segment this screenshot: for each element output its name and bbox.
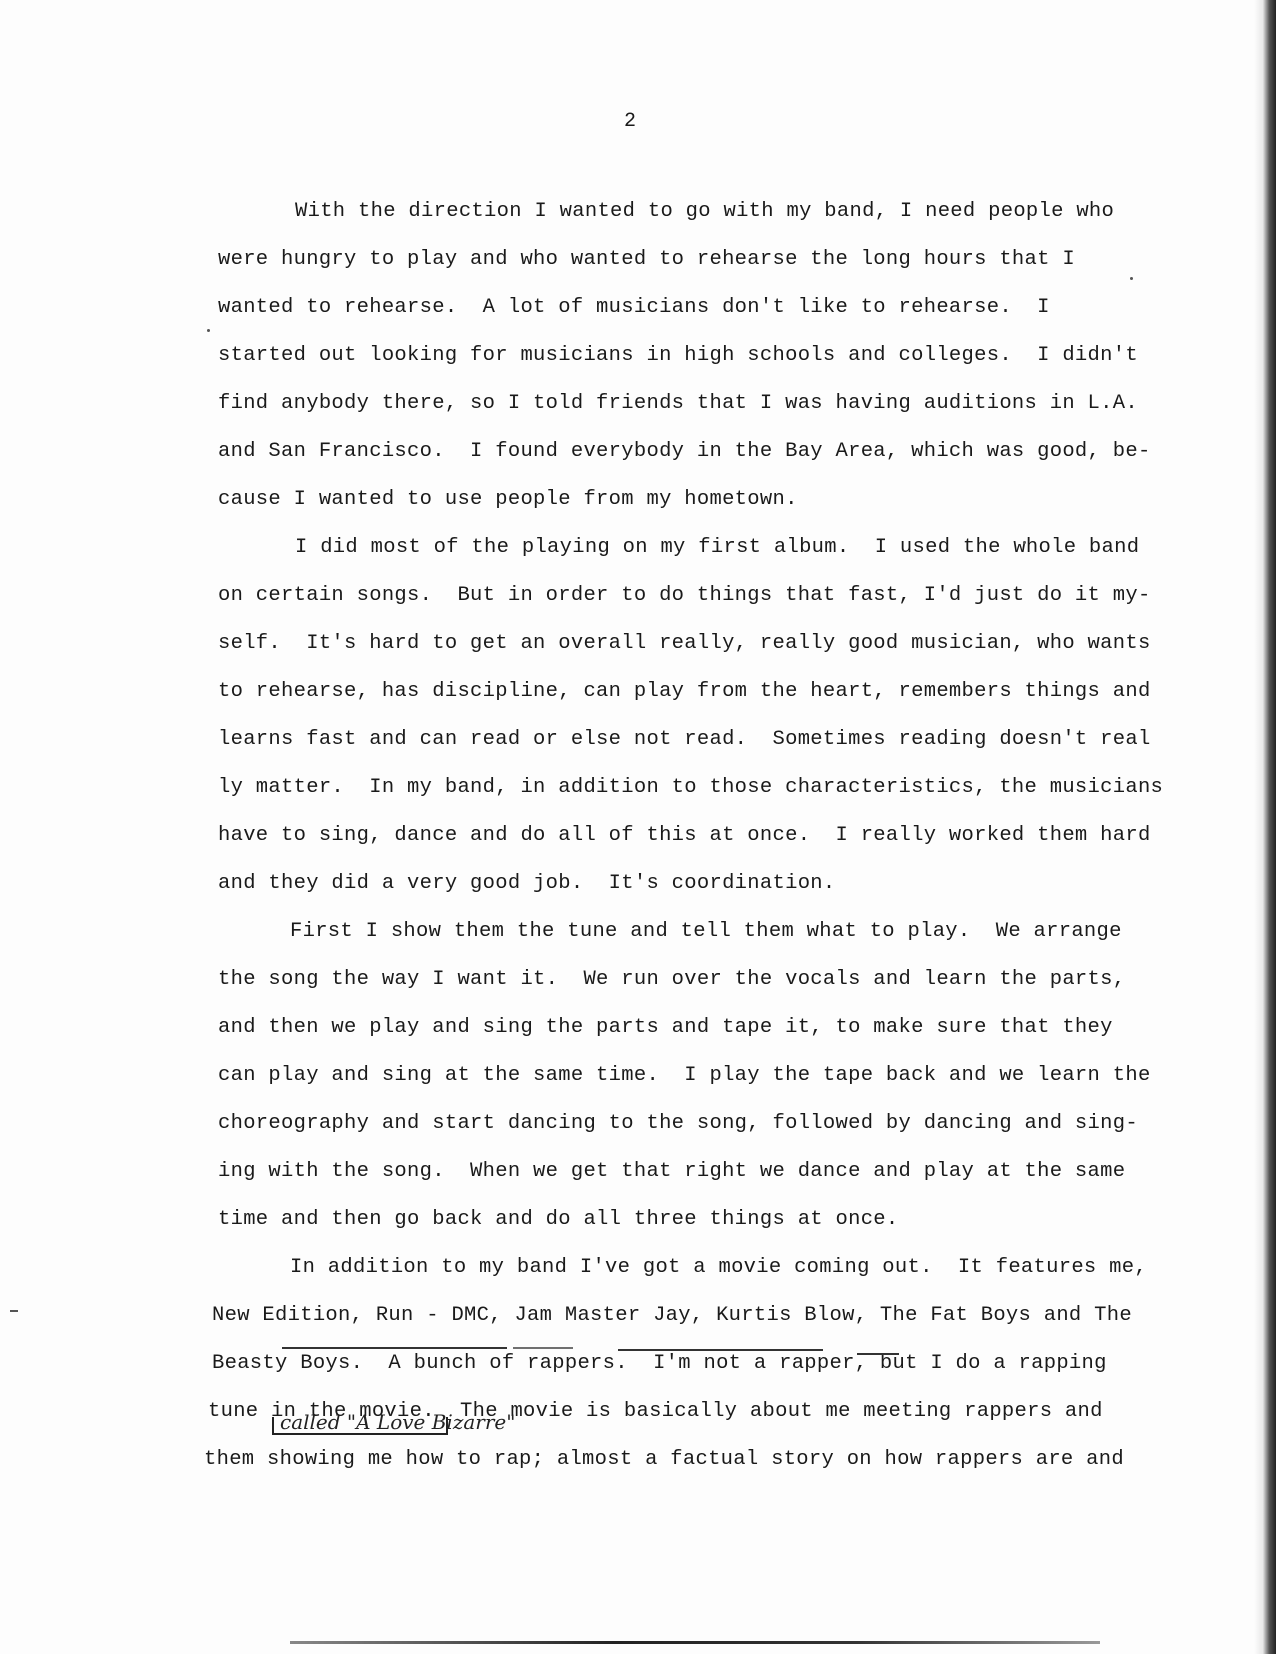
text-line: the song the way I want it. We run over … <box>218 968 1125 991</box>
text-line: self. It's hard to get an overall really… <box>218 632 1151 655</box>
text-line: wanted to rehearse. A lot of musicians d… <box>218 296 1050 319</box>
text-line: New Edition, Run - DMC, Jam Master Jay, … <box>212 1304 1132 1327</box>
text-line: learns fast and can read or else not rea… <box>218 728 1151 751</box>
text-line: I did most of the playing on my first al… <box>295 536 1139 559</box>
text-line: have to sing, dance and do all of this a… <box>218 824 1151 847</box>
text-line: and then we play and sing the parts and … <box>218 1016 1113 1039</box>
text-line: them showing me how to rap; almost a fac… <box>204 1448 1124 1471</box>
text-line: started out looking for musicians in hig… <box>218 344 1138 367</box>
text-line: time and then go back and do all three t… <box>218 1208 899 1231</box>
scan-speck <box>1130 277 1133 280</box>
text-line: In addition to my band I've got a movie … <box>290 1256 1147 1279</box>
handwritten-underline-1 <box>282 1347 507 1349</box>
text-line: Beasty Boys. A bunch of rappers. I'm not… <box>212 1352 1107 1375</box>
bottom-rule <box>290 1641 1100 1644</box>
scan-speck <box>1023 541 1026 544</box>
handwritten-underline-2 <box>513 1347 573 1349</box>
text-line: and San Francisco. I found everybody in … <box>218 440 1151 463</box>
text-line: choreography and start dancing to the so… <box>218 1112 1138 1135</box>
text-line: cause I wanted to use people from my hom… <box>218 488 798 511</box>
handwritten-insert: called "A Love Bizarre" <box>280 1410 515 1434</box>
scan-speck <box>207 329 210 332</box>
text-line: find anybody there, so I told friends th… <box>218 392 1138 415</box>
text-line: can play and sing at the same time. I pl… <box>218 1064 1151 1087</box>
scanned-page-edge <box>1254 0 1276 1654</box>
text-line: on certain songs. But in order to do thi… <box>218 584 1151 607</box>
text-line: With the direction I wanted to go with m… <box>295 200 1114 223</box>
text-line: were hungry to play and who wanted to re… <box>218 248 1075 271</box>
text-line: and they did a very good job. It's coord… <box>218 872 836 895</box>
handwritten-underline-3 <box>618 1349 823 1351</box>
text-line: ly matter. In my band, in addition to th… <box>218 776 1163 799</box>
scan-speck <box>10 1310 18 1312</box>
page-number: 2 <box>624 110 636 133</box>
text-line: to rehearse, has discipline, can play fr… <box>218 680 1151 703</box>
handwritten-underline-4 <box>857 1353 899 1355</box>
text-line: ing with the song. When we get that righ… <box>218 1160 1125 1183</box>
text-line: First I show them the tune and tell them… <box>290 920 1122 943</box>
